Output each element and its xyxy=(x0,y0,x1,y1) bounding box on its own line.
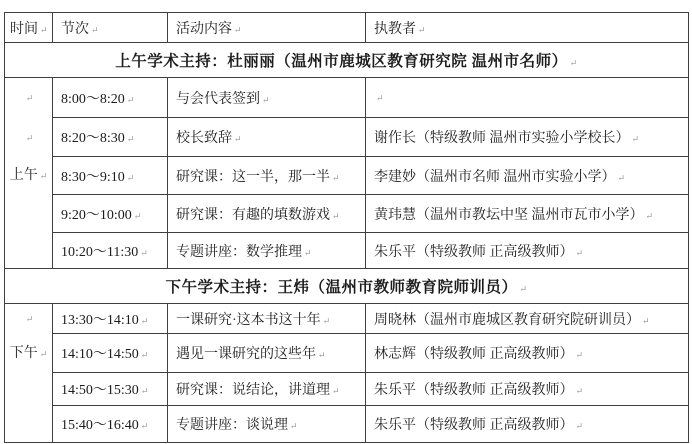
paragraph-mark xyxy=(5,304,52,334)
header-cell-time: 时间 xyxy=(5,13,53,43)
header-cell-activity: 活动内容 xyxy=(168,13,366,43)
period-cell-morning: 上午 xyxy=(5,78,53,269)
table-header-row: 时间 节次 活动内容 执教者 xyxy=(5,13,689,43)
header-cell-session: 节次 xyxy=(53,13,168,43)
table-row: 9:20～10:00 研究课：有趣的填数游戏 黄玮慧（温州市教坛中坚 温州市瓦市… xyxy=(5,195,689,233)
time-cell: 8:00～8:20 xyxy=(53,78,168,118)
time-cell: 8:30～9:10 xyxy=(53,157,168,195)
instructor-cell: 谢作长（特级教师 温州市实验小学校长） xyxy=(366,118,689,157)
schedule-table: 时间 节次 活动内容 执教者 上午学术主持：杜丽丽（温州市鹿城区教育研究院 温州… xyxy=(4,12,689,443)
activity-cell: 与会代表签到 xyxy=(168,78,366,118)
table-row: 上午 8:00～8:20 与会代表签到 xyxy=(5,78,689,118)
instructor-cell: 周晓林（温州市鹿城区教育研究院研训员） xyxy=(366,304,689,334)
activity-cell: 研究课：有趣的填数游戏 xyxy=(168,195,366,233)
table-row: 10:20～11:30 专题讲座：数学推理 朱乐平（特级教师 正高级教师） xyxy=(5,233,689,269)
instructor-cell: 朱乐平（特级教师 正高级教师） xyxy=(366,373,689,406)
paragraph-mark xyxy=(5,118,52,157)
activity-cell: 专题讲座：数学推理 xyxy=(168,233,366,269)
activity-cell: 专题讲座：谈说理 xyxy=(168,406,366,443)
activity-cell: 研究课：这一半，那一半 xyxy=(168,157,366,195)
instructor-cell: 李建妙（温州市名师 温州市实验小学） xyxy=(366,157,689,195)
time-cell: 8:20～8:30 xyxy=(53,118,168,157)
header-cell-instructor: 执教者 xyxy=(366,13,689,43)
time-cell: 13:30～14:10 xyxy=(53,304,168,334)
activity-cell: 遇见一课研究的这些年 xyxy=(168,334,366,373)
activity-cell: 校长致辞 xyxy=(168,118,366,157)
afternoon-host-row: 下午学术主持：王炜（温州市教师教育院师训员） xyxy=(5,269,689,304)
header-label-session: 节次 xyxy=(61,22,99,37)
activity-cell: 一课研究·这本书这十年 xyxy=(168,304,366,334)
header-label-time: 时间 xyxy=(10,22,48,37)
time-cell: 9:20～10:00 xyxy=(53,195,168,233)
header-label-activity: 活动内容 xyxy=(176,22,242,37)
instructor-cell: 黄玮慧（温州市教坛中坚 温州市瓦市小学） xyxy=(366,195,689,233)
table-row: 8:30～9:10 研究课：这一半，那一半 李建妙（温州市名师 温州市实验小学） xyxy=(5,157,689,195)
activity-cell: 研究课：说结论，讲道理 xyxy=(168,373,366,406)
header-label-instructor: 执教者 xyxy=(374,22,426,37)
period-label-morning: 上午 xyxy=(5,157,52,195)
time-cell: 15:40～16:40 xyxy=(53,406,168,443)
instructor-cell xyxy=(366,78,689,118)
instructor-cell: 朱乐平（特级教师 正高级教师） xyxy=(366,233,689,269)
time-cell: 10:20～11:30 xyxy=(53,233,168,269)
table-row: 下午 13:30～14:10 一课研究·这本书这十年 周晓林（温州市鹿城区教育研… xyxy=(5,304,689,334)
time-cell: 14:50～15:30 xyxy=(53,373,168,406)
document-page: 时间 节次 活动内容 执教者 上午学术主持：杜丽丽（温州市鹿城区教育研究院 温州… xyxy=(0,0,692,444)
table-row: 15:40～16:40 专题讲座：谈说理 朱乐平（特级教师 正高级教师） xyxy=(5,406,689,443)
period-label-afternoon: 下午 xyxy=(5,334,52,373)
time-cell: 14:10～14:50 xyxy=(53,334,168,373)
morning-host-text: 上午学术主持：杜丽丽（温州市鹿城区教育研究院 温州市名师） xyxy=(115,53,577,70)
period-cell-afternoon: 下午 xyxy=(5,304,53,443)
morning-host-row: 上午学术主持：杜丽丽（温州市鹿城区教育研究院 温州市名师） xyxy=(5,43,689,78)
table-row: 14:50～15:30 研究课：说结论，讲道理 朱乐平（特级教师 正高级教师） xyxy=(5,373,689,406)
afternoon-host-cell: 下午学术主持：王炜（温州市教师教育院师训员） xyxy=(5,269,689,304)
table-row: 8:20～8:30 校长致辞 谢作长（特级教师 温州市实验小学校长） xyxy=(5,118,689,157)
instructor-cell: 林志辉（特级教师 正高级教师） xyxy=(366,334,689,373)
morning-host-cell: 上午学术主持：杜丽丽（温州市鹿城区教育研究院 温州市名师） xyxy=(5,43,689,78)
table-row: 14:10～14:50 遇见一课研究的这些年 林志辉（特级教师 正高级教师） xyxy=(5,334,689,373)
afternoon-host-text: 下午学术主持：王炜（温州市教师教育院师训员） xyxy=(165,279,527,296)
paragraph-mark xyxy=(5,78,52,118)
instructor-cell: 朱乐平（特级教师 正高级教师） xyxy=(366,406,689,443)
